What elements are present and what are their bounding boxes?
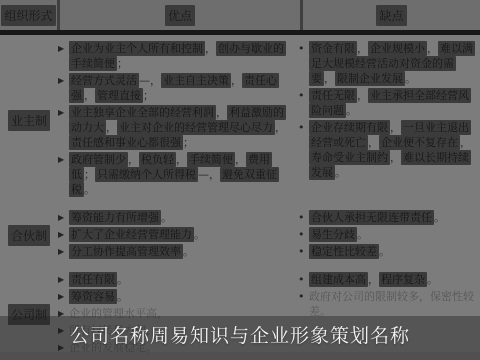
punctuation: ， <box>357 89 368 102</box>
redacted-text: 管理直接 <box>95 88 143 103</box>
list-item-text: 易生分歧。 <box>309 227 476 242</box>
punctuation: ， <box>427 42 438 55</box>
punctuation: ， <box>106 121 117 134</box>
list-item: ▶企业为业主个人所有和控制，创办与歇业的手续简便； <box>58 41 290 71</box>
page-title: 公司名称周易知识与企业形象策划名称 <box>70 321 410 348</box>
row-label: 合伙制 <box>8 225 50 246</box>
header-cell-cons: 缺点 <box>303 0 480 30</box>
pros-cell: ▶筹资能力有所增强。▶扩大了企业经营管理能力。▶分工协作提高管理效率。 <box>58 210 298 261</box>
redacted-text: 易生分歧 <box>309 227 357 242</box>
bottom-strip <box>0 352 480 360</box>
redacted-text: 责任无限 <box>309 88 357 103</box>
redacted-text: 业主自主决策 <box>161 73 231 88</box>
punctuation: ， <box>150 74 161 87</box>
table-header-row: 组织形式 优点 缺点 <box>0 0 480 30</box>
punctuation: ， <box>368 136 379 149</box>
list-item-text: 企业存续期有限，一旦业主退出经营或死亡，企业便不复存在，寿命受业主制约，难以长期… <box>309 120 476 180</box>
punctuation: ； <box>143 89 154 102</box>
triangle-bullet-icon: ▶ <box>58 289 69 304</box>
triangle-bullet-icon: ▶ <box>58 210 69 225</box>
redacted-text: 扩大了企业经营管理能力 <box>69 227 194 242</box>
list-item: ▶筹资容易。 <box>58 289 290 304</box>
list-item: ▶分工协作提高管理效率。 <box>58 244 290 259</box>
list-item-text: 业主独享企业全部的经营利润，利益激励的动力大，业主对企业的经营管理尽心尽力，责任… <box>69 105 290 150</box>
punctuation: 。 <box>405 72 416 85</box>
punctuation: ， <box>128 153 139 166</box>
redacted-text: 税负轻 <box>139 152 176 167</box>
row-label: 业主制 <box>8 110 50 131</box>
triangle-bullet-icon: ▶ <box>58 73 69 103</box>
punctuation: ； <box>84 168 95 181</box>
redacted-text: 责任感和事业心都很强 <box>69 135 183 150</box>
list-item: •政府对公司的限制较多，保密性较差。 <box>298 289 476 319</box>
punctuation: ， <box>231 74 242 87</box>
redacted-text: 企业便不复存在 <box>379 135 460 150</box>
list-item: •责任无限，业主承担全部经营风险问题。 <box>298 88 476 118</box>
triangle-bullet-icon: ▶ <box>58 244 69 259</box>
list-item: •组建成本高，程序复杂。 <box>298 272 476 287</box>
punctuation: 。 <box>84 183 95 196</box>
punctuation: 。 <box>117 273 128 286</box>
list-item-text: 责任有限。 <box>69 272 290 287</box>
header-cell-form: 组织形式 <box>0 0 57 30</box>
redacted-text: 企业为业主个人所有和控制 <box>69 41 205 56</box>
list-item-text: 企业为业主个人所有和控制，创办与歇业的手续简便； <box>69 41 290 71</box>
punctuation: ， <box>84 89 95 102</box>
dot-bullet-icon: • <box>298 41 309 86</box>
dot-bullet-icon: • <box>298 120 309 180</box>
scanned-table-page: 组织形式 优点 缺点 业主制▶企业为业主个人所有和控制，创办与歇业的手续简便；▶… <box>0 0 480 360</box>
redacted-text: 责任有限 <box>69 272 117 287</box>
cons-cell: •资金有限，企业规模小，难以满足大规模经营活动对资金的需要，限制企业发展。•责任… <box>298 41 480 199</box>
punctuation: 。 <box>161 211 172 224</box>
redacted-text: 只需缴纳个人所得税 <box>95 167 198 182</box>
redacted-text: 手续简便 <box>187 152 235 167</box>
punctuation: 。 <box>434 211 445 224</box>
cons-cell: •合伙人承担无限连带责任。•易生分歧。•稳定性比较差。 <box>298 210 480 261</box>
punctuation: ； <box>183 136 194 149</box>
faint-text: 政府对公司的限制较多，保密性较差。 <box>309 290 474 318</box>
list-item: •易生分歧。 <box>298 227 476 242</box>
list-item-text: 经营方式灵活—，业主自主决策，责任心强，管理直接； <box>69 73 290 103</box>
row-label-cell: 合伙制 <box>0 210 58 261</box>
list-item-text: 扩大了企业经营管理能力。 <box>69 227 290 242</box>
redacted-text: 组建成本高 <box>309 272 368 287</box>
punctuation: — <box>139 74 150 87</box>
list-item: ▶政府管制少，税负轻，手续简便，费用低；只需缴纳个人所得税—，避免双重征税。 <box>58 152 290 197</box>
punctuation: ， <box>390 121 401 134</box>
triangle-bullet-icon: ▶ <box>58 227 69 242</box>
list-item: •合伙人承担无限连带责任。 <box>298 210 476 225</box>
dot-bullet-icon: • <box>298 227 309 242</box>
redacted-text: 经营方式灵活 <box>69 73 139 88</box>
punctuation: 。 <box>346 104 357 117</box>
list-item-text: 稳定性比较差。 <box>309 244 476 259</box>
list-item: ▶责任有限。 <box>58 272 290 287</box>
table-body: 业主制▶企业为业主个人所有和控制，创办与歇业的手续简便；▶经营方式灵活—，业主自… <box>0 35 480 357</box>
redacted-text: 筹资能力有所增强 <box>69 210 161 225</box>
redacted-text: 政府管制少 <box>69 152 128 167</box>
list-item-text: 责任无限，业主承担全部经营风险问题。 <box>309 88 476 118</box>
punctuation: 。 <box>427 273 438 286</box>
redacted-text: 合伙人承担无限连带责任 <box>309 210 434 225</box>
triangle-bullet-icon: ▶ <box>58 41 69 71</box>
list-item: •企业存续期有限，一旦业主退出经营或死亡，企业便不复存在，寿命受业主制约，难以长… <box>298 120 476 180</box>
header-label-pros: 优点 <box>165 5 195 26</box>
redacted-text: 程序复杂 <box>379 272 427 287</box>
redacted-text: 业主对企业的经营管理尽心尽力 <box>117 120 275 135</box>
punctuation: ， <box>216 106 227 119</box>
redacted-text: 企业存续期有限 <box>309 120 390 135</box>
triangle-bullet-icon: ▶ <box>58 272 69 287</box>
caption-bar: 公司名称周易知识与企业形象策划名称 <box>0 316 480 352</box>
triangle-bullet-icon: ▶ <box>58 152 69 197</box>
dot-bullet-icon: • <box>298 88 309 118</box>
punctuation: ， <box>460 136 471 149</box>
punctuation: ， <box>209 168 220 181</box>
list-item: •稳定性比较差。 <box>298 244 476 259</box>
punctuation: ， <box>205 42 216 55</box>
list-item-text: 筹资容易。 <box>69 289 290 304</box>
dot-bullet-icon: • <box>298 244 309 259</box>
redacted-text: 限制企业发展 <box>335 71 405 86</box>
pros-cell: ▶企业为业主个人所有和控制，创办与歇业的手续简便；▶经营方式灵活—，业主自主决策… <box>58 41 298 199</box>
list-item-text: 合伙人承担无限连带责任。 <box>309 210 476 225</box>
punctuation: — <box>198 168 209 181</box>
punctuation: 。 <box>357 228 368 241</box>
punctuation: 。 <box>194 228 205 241</box>
list-item: ▶扩大了企业经营管理能力。 <box>58 227 290 242</box>
punctuation: ； <box>117 57 128 70</box>
redacted-text: 企业规模小 <box>368 41 427 56</box>
list-item-text: 政府管制少，税负轻，手续简便，费用低；只需缴纳个人所得税—，避免双重征税。 <box>69 152 290 197</box>
punctuation: ， <box>357 42 368 55</box>
dot-bullet-icon: • <box>298 210 309 225</box>
dot-bullet-icon: • <box>298 272 309 287</box>
redacted-text: 分工协作提高管理效率 <box>69 244 183 259</box>
punctuation: ， <box>324 72 335 85</box>
table-row: 业主制▶企业为业主个人所有和控制，创办与歇业的手续简便；▶经营方式灵活—，业主自… <box>0 41 480 199</box>
header-label-form: 组织形式 <box>1 5 55 26</box>
list-item: ▶经营方式灵活—，业主自主决策，责任心强，管理直接； <box>58 73 290 103</box>
redacted-text: 稳定性比较差 <box>309 244 379 259</box>
table-row: 合伙制▶筹资能力有所增强。▶扩大了企业经营管理能力。▶分工协作提高管理效率。•合… <box>0 210 480 261</box>
redacted-text: 业主独享企业全部的经营利润 <box>69 105 216 120</box>
list-item-text: 组建成本高，程序复杂。 <box>309 272 476 287</box>
header-label-cons: 缺点 <box>376 5 406 26</box>
list-item-text: 资金有限，企业规模小，难以满足大规模经营活动对资金的需要，限制企业发展。 <box>309 41 476 86</box>
list-item: •资金有限，企业规模小，难以满足大规模经营活动对资金的需要，限制企业发展。 <box>298 41 476 86</box>
punctuation: ， <box>235 153 246 166</box>
punctuation: 。 <box>117 290 128 303</box>
punctuation: 。 <box>183 245 194 258</box>
list-item: ▶筹资能力有所增强。 <box>58 210 290 225</box>
punctuation: 。 <box>379 245 390 258</box>
list-item-text: 筹资能力有所增强。 <box>69 210 290 225</box>
punctuation: ， <box>275 121 286 134</box>
dot-bullet-icon: • <box>298 289 309 319</box>
triangle-bullet-icon: ▶ <box>58 105 69 150</box>
punctuation: ， <box>368 273 379 286</box>
punctuation: 。 <box>335 166 346 179</box>
header-cell-pros: 优点 <box>60 0 300 30</box>
list-item-text: 分工协作提高管理效率。 <box>69 244 290 259</box>
redacted-text: 资金有限 <box>309 41 357 56</box>
redacted-text: 寿命受业主制约 <box>309 150 390 165</box>
punctuation: ， <box>390 151 401 164</box>
punctuation: ， <box>176 153 187 166</box>
list-item: ▶业主独享企业全部的经营利润，利益激励的动力大，业主对企业的经营管理尽心尽力，责… <box>58 105 290 150</box>
redacted-text: 筹资容易 <box>69 289 117 304</box>
row-label-cell: 业主制 <box>0 41 58 199</box>
list-item-text: 政府对公司的限制较多，保密性较差。 <box>309 289 476 319</box>
